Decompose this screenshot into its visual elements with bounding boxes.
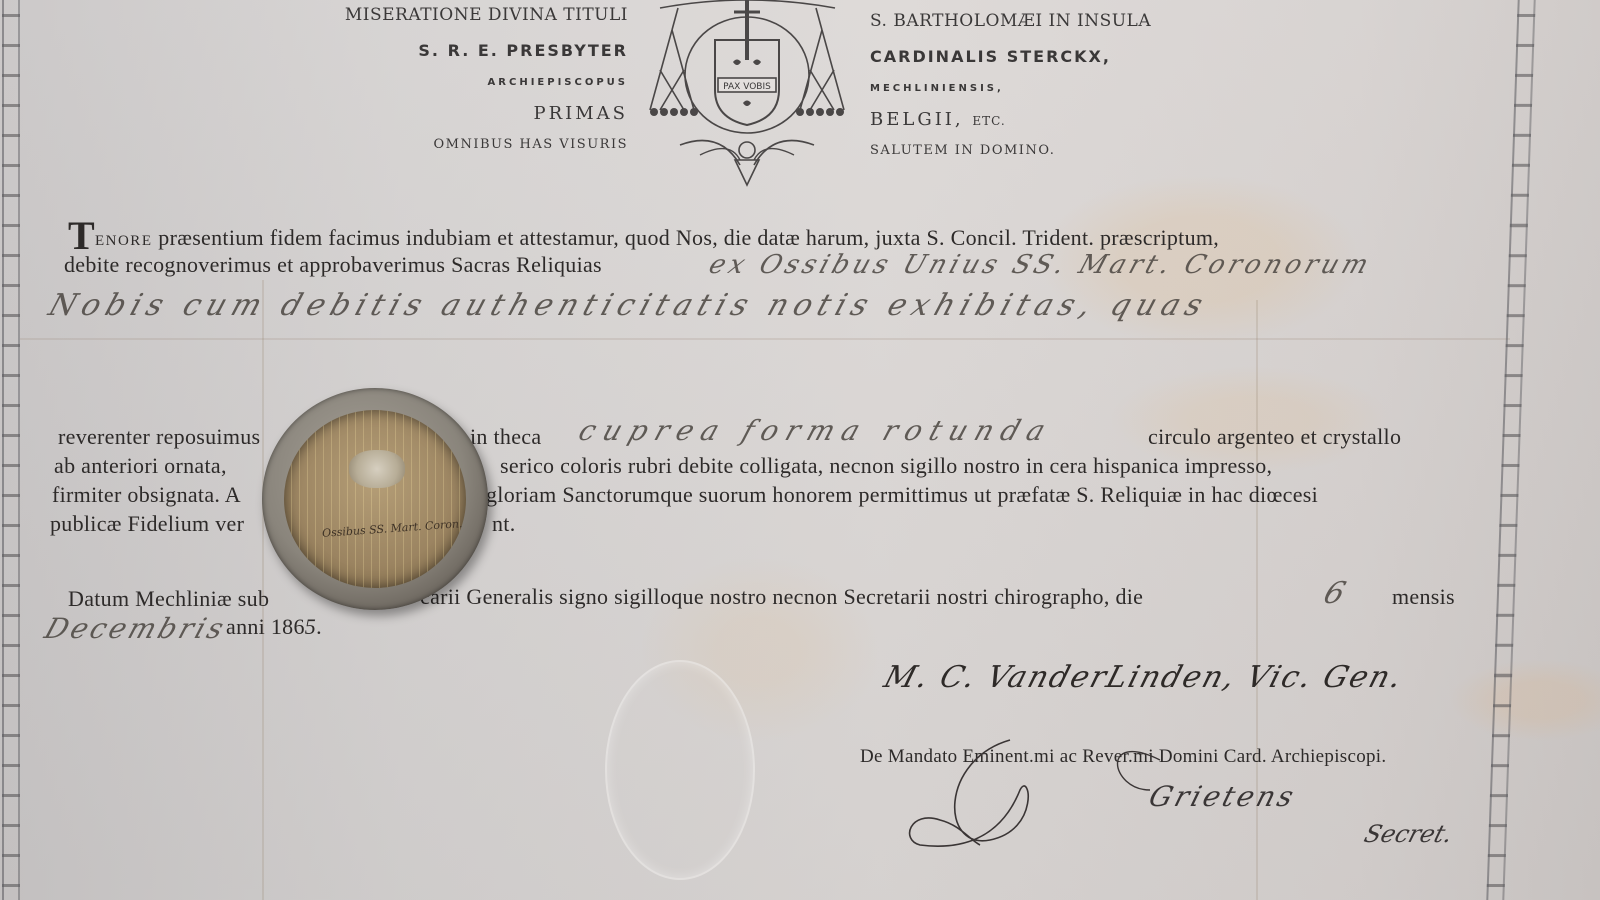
header-line: ARCHIEPISCOPUS (345, 66, 628, 96)
header-line: S. R. E. PRESBYTER (345, 36, 628, 66)
signature-secretary: Grietens (1145, 780, 1300, 813)
header-belgii: BELGII, (870, 109, 964, 130)
secretary-title: Secret. (1361, 820, 1456, 848)
reliquary-theca: Ossibus SS. Mart. Coron. (262, 388, 488, 610)
handwritten-month: Decembris (41, 612, 231, 645)
header-line: MISERATIONE DIVINA TITULI (345, 2, 628, 36)
header-line: OMNIBUS HAS VISURIS (345, 130, 628, 160)
body-line-7c: mensis (1392, 584, 1455, 610)
signature-vicar-general: M. C. VanderLinden, Vic. Gen. (880, 660, 1408, 695)
coat-of-arms-motto: PAX VOBIS (723, 82, 771, 92)
body-line-7a: Datum Mechliniæ sub (68, 586, 269, 612)
small-caps: ENORE (95, 233, 153, 249)
header-line: BELGII, ETC. (870, 102, 1151, 136)
gold-thread-pattern (284, 410, 466, 588)
body-date-year: anni 1865. (226, 614, 322, 640)
handwritten-year-digit: 5 (305, 614, 316, 639)
header-etc: ETC. (972, 114, 1005, 128)
body-line-7b: carii Generalis signo sigilloque nostro … (420, 584, 1143, 610)
body-line-5b: gloriam Sanctorumque suorum honorem perm… (486, 482, 1318, 508)
reliquary-glass: Ossibus SS. Mart. Coron. (284, 410, 466, 588)
body-line-6b: nt. (492, 511, 516, 537)
body-line-4b: serico coloris rubri debite colligata, n… (500, 453, 1272, 479)
header-right-titles: S. BARTHOLOMÆI IN INSULA CARDINALIS STER… (870, 8, 1151, 166)
body-line-3a: reverenter reposuimus (58, 424, 260, 450)
relic-fragment (349, 450, 405, 488)
fold-crease (20, 338, 1510, 340)
body-line-6a: publicæ Fidelium ver (50, 511, 244, 537)
handwritten-relic-description: ex Ossibus Unius SS. Mart. Coronorum (705, 250, 1376, 280)
handwritten-authenticity-line: Nobis cum debitis authenticitatis notis … (44, 288, 1213, 323)
cardinal-coat-of-arms-icon: PAX VOBIS (640, 0, 855, 190)
year-label: anni 186 (226, 614, 305, 639)
handwritten-theca-description: cuprea forma rotunda (575, 414, 1058, 447)
ornamental-border-left (2, 0, 20, 900)
header-line: PRIMAS (345, 96, 628, 130)
header-line: S. BARTHOLOMÆI IN INSULA (870, 8, 1151, 42)
header-line: MECHLINIENSIS, (870, 72, 1151, 102)
header-line: SALUTEM IN DOMINO. (870, 136, 1151, 166)
embossed-seal (605, 660, 755, 880)
header-left-titles: MISERATIONE DIVINA TITULI S. R. E. PRESB… (345, 2, 628, 160)
body-line-3c: circulo argenteo et crystallo (1148, 424, 1401, 450)
body-line-3b: in theca (470, 424, 541, 450)
body-line-4a: ab anteriori ornata, (54, 453, 227, 479)
header-line: CARDINALIS STERCKX, (870, 42, 1151, 72)
flourish-signature-icon (900, 730, 1240, 900)
body-line-2: debite recognoverimus et approbaverimus … (64, 252, 602, 278)
body-text: præsentium fidem facimus indubiam et att… (158, 225, 1219, 250)
year-end: . (316, 614, 322, 639)
body-line-5a: firmiter obsignata. A (52, 482, 241, 508)
